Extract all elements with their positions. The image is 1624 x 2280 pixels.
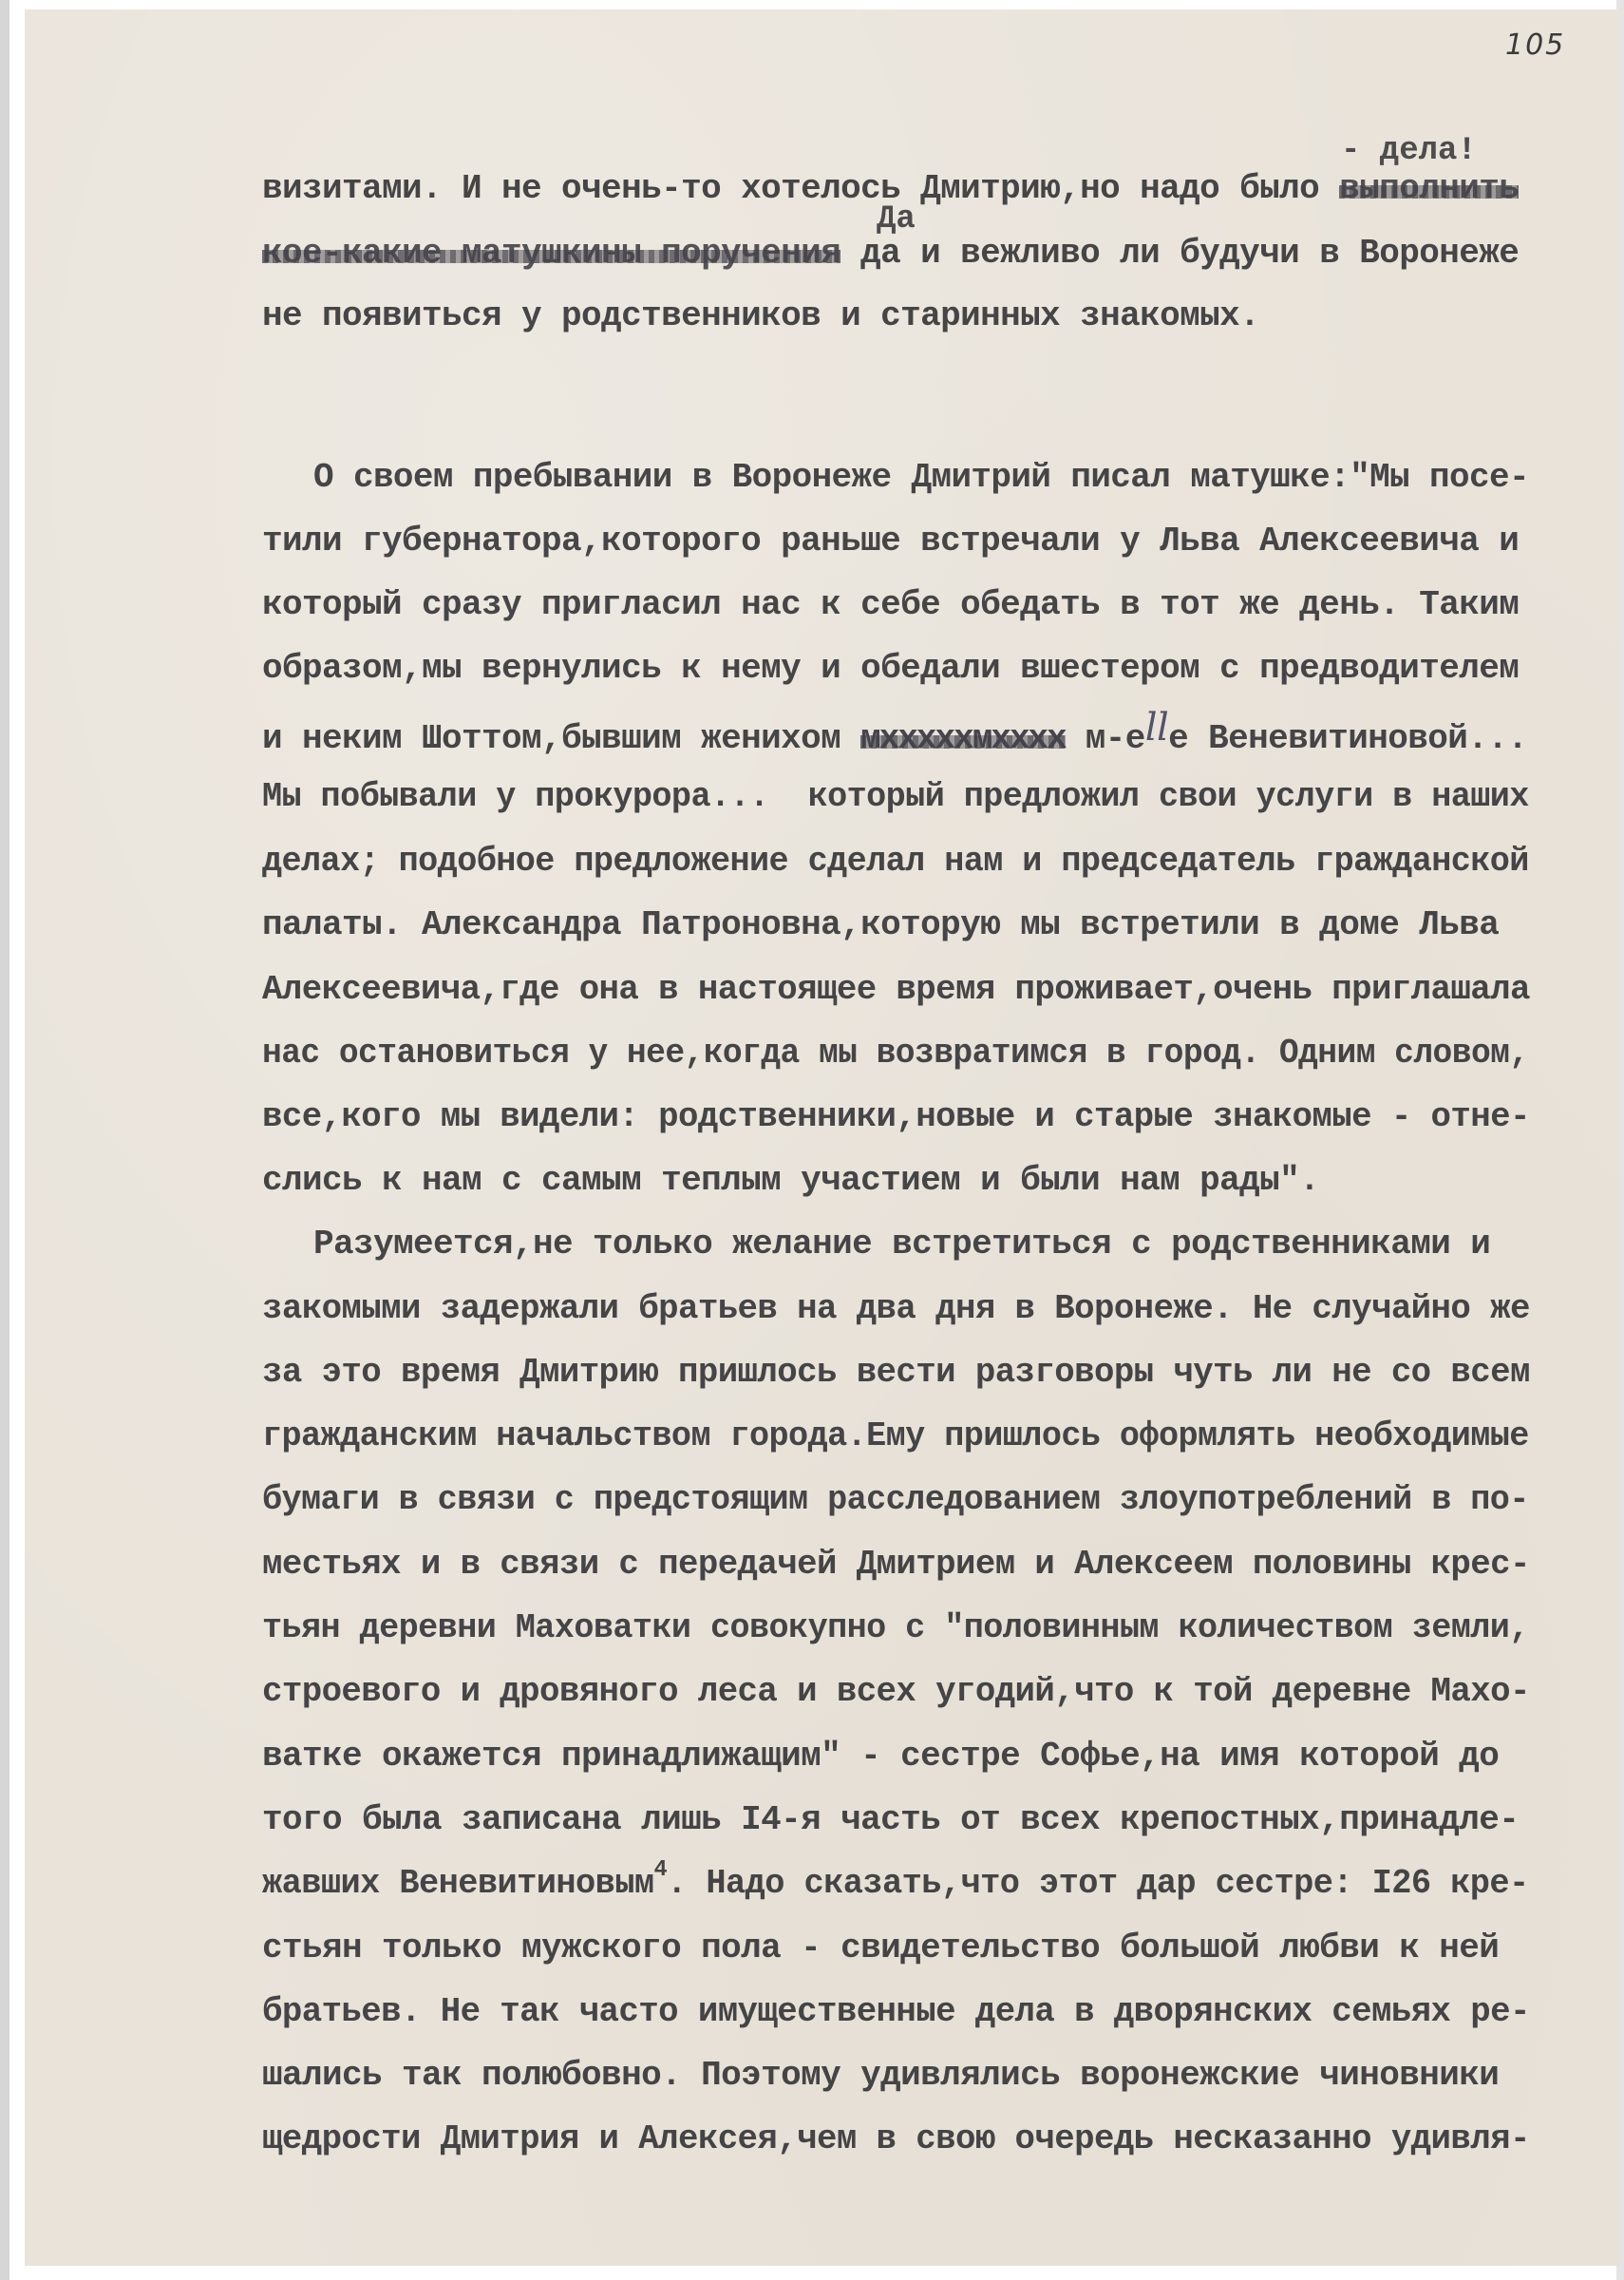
text-line: Алексеевича,где она в настоящее время пр… xyxy=(262,970,1530,1009)
text-line: щедрости Дмитрия и Алексея,чем в свою оч… xyxy=(262,2119,1530,2158)
insertion-dela: - дела! xyxy=(1341,133,1477,169)
text-line: тьян деревни Маховатки совокупно с "поло… xyxy=(262,1608,1529,1647)
page-number: 105 xyxy=(1505,28,1565,62)
text-line: шались так полюбовно. Поэтому удивлялись… xyxy=(262,2056,1499,2095)
text-line: образом,мы вернулись к нему и обедали вш… xyxy=(262,649,1519,688)
text-line: жавших Веневитиновым4. Надо сказать,что … xyxy=(262,1864,1529,1903)
text-line: ватке окажется принадлижащим" - сестре С… xyxy=(262,1737,1499,1776)
struck-out-word: выполнить xyxy=(1339,169,1519,208)
text-line: О своем пребывании в Воронеже Дмитрий пи… xyxy=(313,458,1529,497)
text-line: местьях и в связи с передачей Дмитрием и… xyxy=(262,1545,1530,1584)
text-line: который сразу пригласил нас к себе обеда… xyxy=(262,585,1519,624)
text-line: братьев. Не так часто имущественные дела… xyxy=(262,1992,1530,2031)
text-line: не появиться у родственников и старинных… xyxy=(262,296,1259,335)
text-line: строевого и дровяного леса и всех угодий… xyxy=(262,1672,1530,1711)
text-line: визитами. И не очень-то хотелось Дмитрию… xyxy=(262,169,1519,208)
text-line: стьян только мужского пола - свидетельст… xyxy=(262,1928,1499,1967)
crossed-out-word: мхххххмхххх xyxy=(860,719,1066,758)
text-line: делах; подобное предложение сделал нам и… xyxy=(262,842,1529,881)
text-line: кое-какие матушкины поручения да и вежли… xyxy=(262,234,1519,273)
text-line: и неким Шоттом,бывшим женихом мхххххмххх… xyxy=(262,713,1527,758)
text-line: все,кого мы видели: родственники,новые и… xyxy=(262,1097,1530,1136)
text-line: гражданским начальством города.Ему пришл… xyxy=(262,1416,1529,1455)
text-line: того была записана лишь I4-я часть от вс… xyxy=(262,1800,1519,1839)
text-line: бумаги в связи с предстоящим расследован… xyxy=(262,1480,1529,1519)
text-line: палаты. Александра Патроновна,которую мы… xyxy=(262,905,1499,944)
scan-edge-left xyxy=(0,0,9,2280)
footnote-marker: 4 xyxy=(654,1857,668,1883)
text-line: Мы побывали у прокурора... который предл… xyxy=(262,777,1529,816)
text-line: закомыми задержали братьев на два дня в … xyxy=(262,1289,1530,1328)
handwritten-correction: ll xyxy=(1145,706,1168,750)
struck-out-phrase: кое-какие матушкины поручения xyxy=(262,234,840,273)
text-line: за это время Дмитрию пришлось вести разг… xyxy=(262,1353,1530,1392)
text-line: тили губернатора,которого раньше встреча… xyxy=(262,522,1519,560)
text-line: Разумеется,не только желание встретиться… xyxy=(313,1225,1490,1263)
typewritten-page xyxy=(25,9,1620,2266)
text-line: нас остановиться у нее,когда мы возврати… xyxy=(262,1034,1529,1073)
text-line: слись к нам с самым теплым участием и бы… xyxy=(262,1161,1319,1200)
